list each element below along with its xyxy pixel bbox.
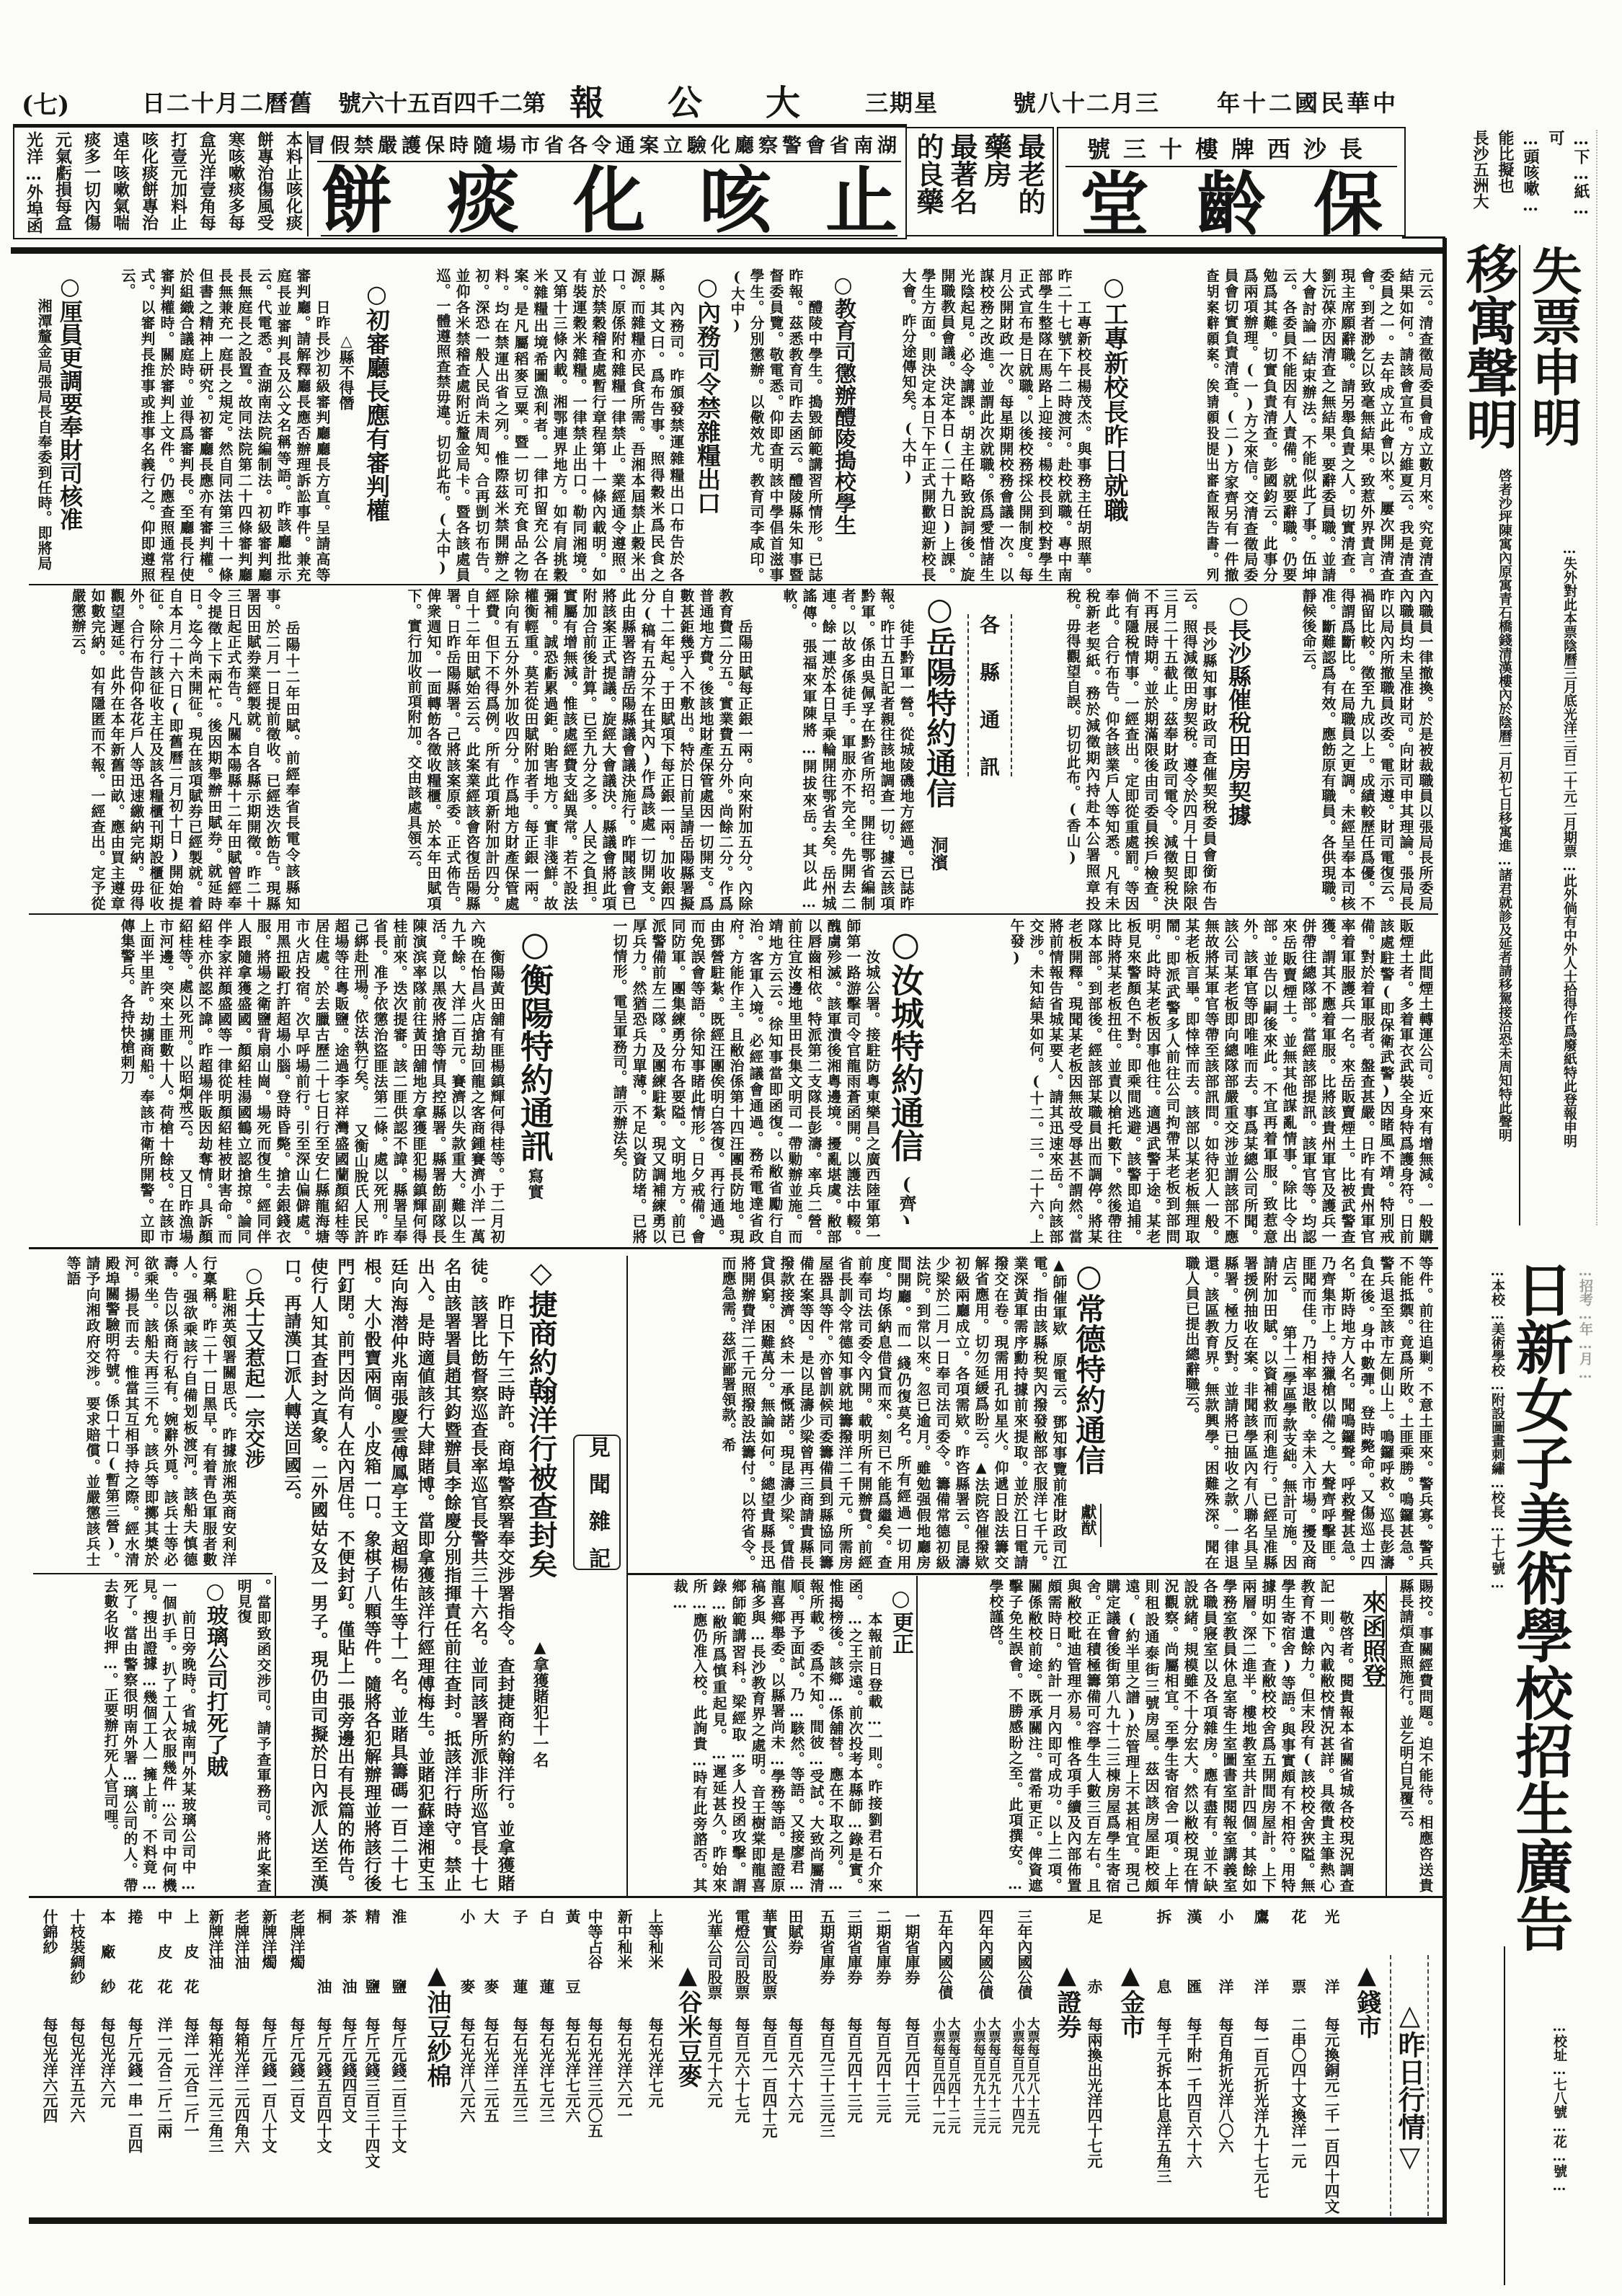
money-market-heading: ▲錢市 bbox=[1352, 1961, 1381, 2076]
market-item-label: 精鹽 bbox=[363, 1909, 381, 1994]
bond-label: 五年內國公債 bbox=[936, 1909, 954, 2010]
wuzhou-pharmacy-ad: …下…紙…可 …頭咳嗽… 能比擬也 長沙五洲大 藥房經理 bbox=[1466, 130, 1593, 223]
market-item: 中等占谷每石光洋三元〇五 bbox=[585, 1909, 604, 2219]
title-char: 餅 bbox=[321, 143, 393, 247]
market-item: 白蓮每石光洋七元三 bbox=[537, 1909, 556, 2219]
market-item-value: 每洋一元合二斤一 bbox=[182, 2017, 200, 2215]
article-changshaxian-body: 長沙縣知事財政司查催契稅委員會銜布告云。照得減徵田房契稅。遵令於四月十日即除限三… bbox=[1018, 588, 1218, 911]
article-laihan-body: 敬啓者。閱貴報本省關省城各校現況調查記一則。內載敝校情況甚詳。具徵貴主筆熱心教育… bbox=[920, 1579, 1355, 1893]
bond-label: 三年內國公債 bbox=[1015, 1909, 1034, 2010]
market-item: 花票二串〇四十文換洋一元 bbox=[1289, 1909, 1308, 2219]
article-yueyang-body: 徒手黔軍一營。從城陵磯地方經過。已誌昨報。昨廿五日記者親往該地調查一切。據云該項… bbox=[757, 588, 916, 911]
market-item-value: 每石光洋七元 bbox=[646, 2017, 665, 2215]
market-item-value: 每百元四十三元 bbox=[903, 2017, 921, 2215]
relocation-notice-text: 啓者沙坪陳寓內原寓青石橋錢清漢樓內於陰曆二月初七日移寓進…諸君就診及延者請移駕接… bbox=[1473, 469, 1514, 1233]
market-bottom-rule bbox=[29, 2217, 1445, 2224]
market-item-label: 花票 bbox=[1289, 1909, 1308, 1994]
newspaper-page: (七) 舊曆二月十二日 第二千四百五十六號 大 公 報 星期三 三月二十八號 中… bbox=[0, 0, 1622, 2296]
article-gengzheng-body: 本報前日登載…一則。昨接劉君石介來函。…之王宗遠。前次投考本縣師…錄是實。惟揭榜… bbox=[630, 1579, 884, 1893]
baolingtang-ad-box: 長沙西牌樓十三號 保 齡 堂 bbox=[1057, 127, 1406, 236]
article-hengyang-continued: 等件。前往追剿。不意土匪來。警兵寡。警兵不能抵禦。竟爲所敗。土匪乘勝。鳴鑼甚急。… bbox=[1104, 1256, 1435, 1570]
market-item: 鷹洋每一百元折光洋九十七元七 bbox=[1251, 1909, 1270, 2219]
bond-small-value: 小票每百元八十四元 bbox=[1010, 2017, 1024, 2215]
market-item-value: 每斤元錢四百文 bbox=[340, 2017, 358, 2215]
byline-changde: 獻猷 bbox=[1076, 1504, 1102, 1547]
section-label-miscellany: 見聞雜記 bbox=[573, 1435, 621, 1570]
market-item: 子蓮每石光洋五元三 bbox=[510, 1909, 529, 2219]
ad-column: …下…紙…可 bbox=[1546, 130, 1590, 218]
pharmacy-slogan-box: 最老的 藥房 最著名 的良藥 bbox=[905, 127, 1054, 236]
slogan-column: 最老的 bbox=[1014, 133, 1046, 215]
market-item-label: 黃豆 bbox=[563, 1909, 582, 1994]
slogan-column: 藥房 bbox=[980, 133, 1012, 187]
market-item: 上皮花每洋一元合二斤一 bbox=[182, 1909, 200, 2219]
article-changde-body: ▲師催軍欵 原電云。鄧知事覽前准財政司江電。指由該縣稅契內撥發敝部衣服洋七千元。… bbox=[636, 1256, 1068, 1570]
goods-market-heading: ▲油豆紗棉 bbox=[422, 1961, 451, 2091]
headline-jieshang: ◇捷商約翰洋行被查封矣 bbox=[522, 1256, 559, 1602]
gold-market-heading: ▲金市 bbox=[1116, 1961, 1145, 2076]
market-item-value: 每百元四十三元 bbox=[845, 2017, 864, 2215]
market-item-label: 捲花 bbox=[125, 1909, 144, 1994]
market-item-value: 洋一元合二斤二兩 bbox=[155, 2017, 174, 2215]
market-item-value: 每千附一千四百六十六 bbox=[1184, 2017, 1203, 2215]
republic-year: 中華民國二十年 bbox=[1217, 85, 1399, 118]
cough-cake-title: 止 咳 化 痰 餅 bbox=[321, 157, 898, 232]
market-report-title: △昨日行情▽ bbox=[1390, 1955, 1429, 2216]
market-item-value: 每石光洋五元三 bbox=[510, 2017, 529, 2215]
market-item-label: 小洋 bbox=[1216, 1909, 1235, 1994]
market-item-value: 二串〇四十文換洋一元 bbox=[1289, 2017, 1308, 2215]
market-item: 老牌洋燭每斤元錢二百文 bbox=[288, 1909, 306, 2219]
market-item-label: 光華公司股票 bbox=[705, 1909, 724, 2010]
market-item-label: 老牌洋油 bbox=[232, 1909, 251, 1994]
market-top-rule bbox=[29, 1896, 1445, 1898]
title-char: 咳 bbox=[699, 143, 771, 247]
title-char: 止 bbox=[825, 143, 898, 247]
baolingtang-name: 保 齡 堂 bbox=[1080, 163, 1383, 235]
bond-item: 四年內國公債大票每百元九十二元小票每百元九十三元 bbox=[969, 1909, 1001, 2219]
section-label-county-news: 各縣通訊 bbox=[967, 614, 1012, 776]
market-item-value: 每斤元錢二百文 bbox=[288, 2017, 306, 2215]
bond-big-value: 大票每百元四十二元 bbox=[946, 2017, 960, 2215]
market-item: 華實公司股票每百元一百四十元 bbox=[760, 1909, 779, 2219]
market-item: 新牌洋油每箱光洋二元三角三 bbox=[206, 1909, 225, 2219]
market-item-label: 足赤 bbox=[1085, 1909, 1104, 1994]
article-bingshi-body: 駐湘英領署關思氏。昨據旅湘英商安利洋行稟稱。昨二十一日黑早。有着青色軍服者數人。… bbox=[33, 1256, 238, 1567]
market-item-value: 每石光洋八元六 bbox=[458, 2017, 477, 2215]
column-divider bbox=[916, 1576, 918, 1896]
headline-bingshi: ○兵士又惹起一宗交涉 bbox=[239, 1263, 268, 1479]
market-item-label: 一期省庫券 bbox=[903, 1909, 921, 2010]
market-item-label: 新牌洋燭 bbox=[260, 1909, 278, 1994]
issue-number: 第二千四百五十六號 bbox=[333, 85, 546, 118]
ad-divider-rule bbox=[11, 247, 1445, 254]
market-item: 捲花每斤元錢一串一百四 bbox=[125, 1909, 144, 2219]
market-item-value: 每箱光洋二元四角六 bbox=[232, 2017, 251, 2215]
band-rule bbox=[29, 913, 1438, 915]
rixin-school-ad-title: 日新女子美術學校招生廣告 bbox=[1510, 1260, 1570, 1995]
market-item-label: 五期省庫券 bbox=[817, 1909, 836, 2010]
article-changde-continued: 賜挍。事關經費問題。迫不能待。相應咨送貴縣長請煩查照施行。並乞明白見覆云。 bbox=[1390, 1579, 1435, 1893]
headline-jiaoyusi: ○教育司懲辦醴陵搗校學生 bbox=[826, 272, 859, 582]
market-item-value: 每斤元錢一百八十文 bbox=[260, 2017, 278, 2215]
column-divider bbox=[275, 1576, 276, 1896]
market-item-label: 三期省庫券 bbox=[845, 1909, 864, 2010]
market-item-value: 每斤元錢一串一百四 bbox=[125, 2017, 144, 2215]
slogan-column: 的良藥 bbox=[912, 133, 944, 215]
market-item-label: 光洋 bbox=[1322, 1909, 1341, 1994]
market-item-label: 小麥 bbox=[458, 1909, 477, 1994]
market-item-label: 二期省庫券 bbox=[874, 1909, 892, 2010]
market-item-label: 十枝裝綢紗 bbox=[68, 1909, 87, 2010]
market-item: 小洋每百角折光洋八〇六 bbox=[1216, 1909, 1235, 2219]
article-yueyang-tianfu-body: 岳陽田賦每正銀一兩。向來附加五分。內除教育費二分五。實業費五分外。尚餘二分。作爲… bbox=[304, 588, 754, 911]
market-item-value: 每百元一百四十元 bbox=[760, 2017, 779, 2215]
market-item: 小麥每石光洋八元六 bbox=[458, 1909, 477, 2219]
market-item: 老牌洋油每箱光洋二元四角六 bbox=[232, 1909, 251, 2219]
market-item-value: 每斤元錢二百三十文 bbox=[389, 2017, 408, 2215]
masthead-char: 公 bbox=[668, 75, 702, 125]
article-chushen-body: 日昨長沙初級審判廳廳長方直。呈請高等審判廳。請解釋廳長應否辦理訴訟事件。兼充庭長… bbox=[88, 268, 332, 582]
market-item-value: 每斤元錢五百四十文 bbox=[314, 2017, 333, 2215]
pharmacy-slogan: 最老的 藥房 最著名 的良藥 bbox=[910, 133, 1047, 232]
market-item: 中皮花洋一元合二斤二兩 bbox=[155, 1909, 174, 2219]
market-item-label: 中皮花 bbox=[155, 1909, 174, 1994]
market-item-label: 拆息 bbox=[1154, 1909, 1173, 1994]
divider bbox=[321, 235, 898, 236]
market-item: 茶油每斤元錢四百文 bbox=[340, 1909, 358, 2219]
column-divider bbox=[1386, 1576, 1387, 1896]
right-column-rule bbox=[1442, 238, 1447, 2224]
column-divider bbox=[626, 1256, 628, 1896]
market-item: 精鹽每斤元錢三百三十四文 bbox=[363, 1909, 381, 2219]
article-yantu-body: 此間煙土轉運公司。近來有增無減。一般購販煙土者。多着軍衣武裝全身特爲護身符。日前… bbox=[988, 918, 1435, 1244]
market-item-value: 每百元十六元 bbox=[705, 2017, 724, 2215]
bond-small-value: 小票每百元四十一元 bbox=[931, 2017, 945, 2215]
market-item-value: 每一百元折光洋九十七元七 bbox=[1251, 2017, 1270, 2215]
grain-market-heading: ▲谷米豆麥 bbox=[673, 1961, 702, 2091]
byline-rucheng: (齊) bbox=[894, 1174, 918, 1224]
market-item: 本廠紗每包光洋六元 bbox=[98, 1909, 117, 2219]
market-item: 一期省庫券每百元四十三元 bbox=[903, 1909, 921, 2219]
market-item: 什錦紗每包光洋六元四 bbox=[40, 1909, 59, 2219]
market-item: 淮鹽每斤元錢二百三十文 bbox=[389, 1909, 408, 2219]
headline-chushen: ○初審廳長應有審判權 bbox=[359, 280, 394, 582]
rixin-school-ad-text-right: …招考…年…月… bbox=[1573, 1263, 1595, 1768]
market-item: 新中秈米每石光洋六元一 bbox=[615, 1909, 634, 2219]
headline-liyuan: ○厘員更調要奉財司核准 bbox=[53, 272, 87, 582]
ad-column: …頭咳嗽… bbox=[1521, 130, 1540, 215]
market-item-value: 每包光洋六元四 bbox=[40, 2017, 59, 2215]
market-item-value: 每元換銅元二千一百四十四文 bbox=[1322, 2017, 1341, 2215]
band-rule bbox=[626, 1573, 1437, 1575]
article-yueyang-12-body: 岳陽十二年田賦。前經奉省長電令該縣知事。於二月一日提前徵收。已經迭次飭告。現縣署… bbox=[33, 588, 301, 911]
title-char: 痰 bbox=[447, 143, 519, 247]
divider bbox=[1504, 1946, 1505, 2285]
market-item: 光華公司股票每百元十六元 bbox=[705, 1909, 724, 2219]
article-rucheng-body: 汝城公署。接駐防粵東樂昌之廣西陸軍第一師第一路游擊司令官龍雨蒼函開。以護法中輟。… bbox=[573, 918, 882, 1244]
relocation-notice-title: 移寓聲明 bbox=[1458, 242, 1517, 466]
market-item: 足赤每兩換出光洋四十七元 bbox=[1085, 1909, 1104, 2219]
market-item-label: 茶油 bbox=[340, 1909, 358, 1994]
market-item: 田賦券每百元六十六元 bbox=[786, 1909, 805, 2219]
bond-item: 五年內國公債大票每百元四十二元小票每百元四十一元 bbox=[929, 1909, 960, 2219]
headline-neiwusi: ○內務司令禁雜糧出口 bbox=[689, 272, 725, 582]
masthead-char: 大 bbox=[766, 75, 800, 125]
subhead-chushen: △縣不得僭 bbox=[336, 332, 356, 418]
bond-item: 三年內國公債大票每百元八十五元小票每百元八十四元 bbox=[1008, 1909, 1040, 2219]
headline-gengzheng: ○更正 bbox=[887, 1586, 914, 1665]
market-item: 黃豆每石光洋七元六 bbox=[563, 1909, 582, 2219]
market-item-label: 漢匯 bbox=[1184, 1909, 1203, 1994]
market-item-value: 每百元四十三元 bbox=[874, 2017, 892, 2215]
market-item-value: 每百元六十七元 bbox=[732, 2017, 751, 2215]
market-item-label: 上等秈米 bbox=[646, 1909, 665, 1994]
name-char: 堂 bbox=[1080, 150, 1149, 249]
bond-big-value: 大票每百元八十五元 bbox=[1025, 2017, 1040, 2215]
market-item-label: 白蓮 bbox=[537, 1909, 556, 1994]
bond-big-value: 大票每百元九十二元 bbox=[986, 2017, 1001, 2215]
market-item: 桐油每斤元錢五百四十文 bbox=[314, 1909, 333, 2219]
page-number: (七) bbox=[22, 85, 69, 120]
masthead: 大 公 報 bbox=[570, 78, 800, 121]
market-item-label: 上皮花 bbox=[182, 1909, 200, 1994]
market-item-label: 中等占谷 bbox=[585, 1909, 604, 1994]
market-item-label: 鷹洋 bbox=[1251, 1909, 1270, 1994]
market-item-label: 田賦券 bbox=[786, 1909, 805, 2010]
market-item-value: 每石光洋三元〇五 bbox=[585, 2017, 604, 2215]
market-item-value: 每千元拆本比息洋五角三 bbox=[1154, 2017, 1173, 2215]
lost-ticket-notice-title: 失票申明 bbox=[1523, 245, 1582, 533]
securities-heading: ▲證券 bbox=[1052, 1961, 1081, 2076]
market-item-value: 每包光洋六元 bbox=[98, 2017, 117, 2215]
market-item-label: 老牌洋燭 bbox=[288, 1909, 306, 1994]
weekday: 星期三 bbox=[865, 85, 939, 118]
market-item-value: 每斤元錢三百三十四文 bbox=[363, 2017, 381, 2215]
market-item-value: 每石光洋七元三 bbox=[537, 2017, 556, 2215]
market-item-label: 桐油 bbox=[314, 1909, 333, 1994]
market-item: 漢匯每千附一千四百六十六 bbox=[1184, 1909, 1203, 2219]
masthead-char: 報 bbox=[570, 75, 604, 125]
article-qingcha-body: 元云。清查徵局委員會成立數月來。究竟清查結果如何。請該會宣布。方維夏云。我是清查… bbox=[1207, 268, 1435, 582]
market-item-value: 每百元三十三元三 bbox=[817, 2017, 836, 2215]
subhead-jieshang: ▲拿獲賭犯十一名 bbox=[529, 1638, 551, 1782]
bond-label: 四年內國公債 bbox=[976, 1909, 995, 2010]
market-item-label: 新中秈米 bbox=[615, 1909, 634, 1994]
rixin-school-ad-text-left: …本校…美術學校…附設圖畫刺繡…校長…十七號… bbox=[1466, 1263, 1507, 2215]
market-item: 五期省庫券每百元三十三元三 bbox=[817, 1909, 836, 2219]
title-char: 化 bbox=[573, 143, 645, 247]
market-item-label: 電燈公司股票 bbox=[732, 1909, 751, 2010]
band-rule bbox=[33, 1573, 272, 1574]
market-item-value: 每百元六十六元 bbox=[786, 2017, 805, 2215]
divider bbox=[1402, 236, 1445, 239]
headline-boli: ○玻璃公司打死了賊 bbox=[200, 1579, 229, 1795]
article-jieshang-body: 昨日下午三時許。商埠警察署奉交涉署指令。查封捷商約翰洋行。並拿獲賭徒。該署比飭督… bbox=[276, 1258, 518, 1892]
headline-rucheng: ○汝城特約通信 bbox=[885, 924, 926, 1169]
market-item-label: 子蓮 bbox=[510, 1909, 529, 1994]
market-item-label: 新牌洋油 bbox=[206, 1909, 225, 1994]
slogan-column: 最著名 bbox=[946, 133, 978, 215]
headline-changde: ○常德特約通信 bbox=[1071, 1258, 1106, 1481]
headline-laihan: 來函照登 bbox=[1358, 1590, 1386, 1712]
article-gongzhuan-body: 工專新校長楊茂杰。與事務主任胡照華。昨二十七號下午二時渡河。赴校就職。專中南部學… bbox=[864, 268, 1093, 582]
market-item: 十枝裝綢紗每包光洋五元六 bbox=[68, 1909, 87, 2219]
market-item-label: 華實公司股票 bbox=[760, 1909, 779, 2010]
byline-yueyang: 洞濱 bbox=[927, 836, 949, 879]
market-item: 光洋每元換銅元二千一百四十四文 bbox=[1322, 1909, 1341, 2219]
market-item-label: 本廠紗 bbox=[98, 1909, 117, 1994]
ad-column: 長沙五洲大 bbox=[1471, 130, 1489, 209]
market-item-value: 每箱光洋二元三角三 bbox=[206, 2017, 225, 2215]
article-boli-body: 前日旁晚時。省城南門外某玻璃公司中…一個扒手。扒了工人衣服幾件…公司中何機見。搜… bbox=[33, 1579, 198, 1893]
headline-hengyang: ○衡陽特約通訊 bbox=[515, 924, 555, 1162]
market-item: 拆息每千元拆本比息洋五角三 bbox=[1154, 1909, 1173, 2219]
market-item: 新牌洋燭每斤元錢一百八十文 bbox=[260, 1909, 278, 2219]
market-item: 電燈公司股票每百元六十七元 bbox=[732, 1909, 751, 2219]
band-rule bbox=[29, 584, 1438, 585]
market-item-label: 淮鹽 bbox=[389, 1909, 408, 1994]
market-item-value: 每石光洋七元六 bbox=[563, 2017, 582, 2215]
article-liyuan-continued: 內職員一律撤換。於是被裁職員以張局長所委局內職員均未呈准財司。向財司申其理論。張… bbox=[1260, 588, 1435, 911]
market-item: 大麥每石光洋二元五 bbox=[482, 1909, 500, 2219]
market-item: 三期省庫券每百元四十三元 bbox=[845, 1909, 864, 2219]
article-bingshi-continued: 。當即致函交涉司。請予查軍務司。將此案查明見復 bbox=[231, 1579, 272, 1893]
market-item-value: 每石光洋六元一 bbox=[615, 2017, 634, 2215]
name-char: 保 bbox=[1313, 150, 1383, 249]
lunar-date: 舊曆二月十二日 bbox=[144, 85, 314, 118]
market-item-label: 什錦紗 bbox=[40, 1909, 59, 1994]
headline-yueyang: ○岳陽特約通信 bbox=[920, 591, 959, 822]
name-char: 齡 bbox=[1197, 150, 1266, 249]
market-item: 二期省庫券每百元四十三元 bbox=[874, 1909, 892, 2219]
headline-gongzhuan: ○工專新校長昨日就職 bbox=[1097, 272, 1130, 582]
article-jiaoyusi-body: 醴陵中學生。搗毀師範講習所情形。已誌昨報。茲悉教育司昨去函云。醴陵縣朱知事暨督委… bbox=[732, 268, 824, 582]
market-item-value: 每兩換出光洋四十七元 bbox=[1085, 2017, 1104, 2215]
article-neiwusi-body: 內務司。昨頒發禁運雜糧出口布告於各縣。其文曰。爲布告事。照得穀米爲民食之源。而雜… bbox=[397, 268, 686, 582]
market-item-value: 每百角折光洋八〇六 bbox=[1216, 2017, 1235, 2215]
bond-small-value: 小票每百元九十三元 bbox=[971, 2017, 985, 2215]
lost-ticket-notice-text: …失外對此本票陰曆三月底光洋三百二十元二月期票…此外倘有中外人士拾得作爲廢紙特此… bbox=[1538, 541, 1579, 1233]
market-item-label: 大麥 bbox=[482, 1909, 500, 1994]
article-liyuan-body: 湘潭釐金局張局長自奉委到任時。即將局 bbox=[33, 268, 53, 582]
market-item: 上等秈米每石光洋七元 bbox=[646, 1909, 665, 2219]
market-item-value: 每石光洋二元五 bbox=[482, 2017, 500, 2215]
band-rule bbox=[29, 1247, 1438, 1249]
headline-changshaxian: ○長沙縣催稅田房契據 bbox=[1222, 591, 1255, 843]
cough-cake-ad-side-text: 本料止咳化痰餅專治傷風受寒咳嗽痰多每盒光洋壹角每打壹元加料止咳化痰餅專治遠年咳嗽… bbox=[17, 131, 309, 236]
byline-hengyang: 寫實 bbox=[523, 1168, 546, 1211]
rixin-school-ad-text-bottom: …校址…七八號…花…號… bbox=[1514, 2018, 1569, 2285]
divider bbox=[1519, 245, 1520, 1225]
edge-fragment bbox=[1596, 130, 1619, 1225]
market-item-value: 每包光洋五元六 bbox=[68, 2017, 87, 2215]
ad-column: 能比擬也 bbox=[1496, 130, 1515, 193]
article-hengyang-body: 衡陽黃田舖有匪楊鎮輝何得桂等。于二月初六晚在怡昌火店搶劫回龍之客商鍾賽濟小洋一萬… bbox=[33, 918, 506, 1244]
issue-date: 三月二十八號 bbox=[1013, 85, 1160, 118]
